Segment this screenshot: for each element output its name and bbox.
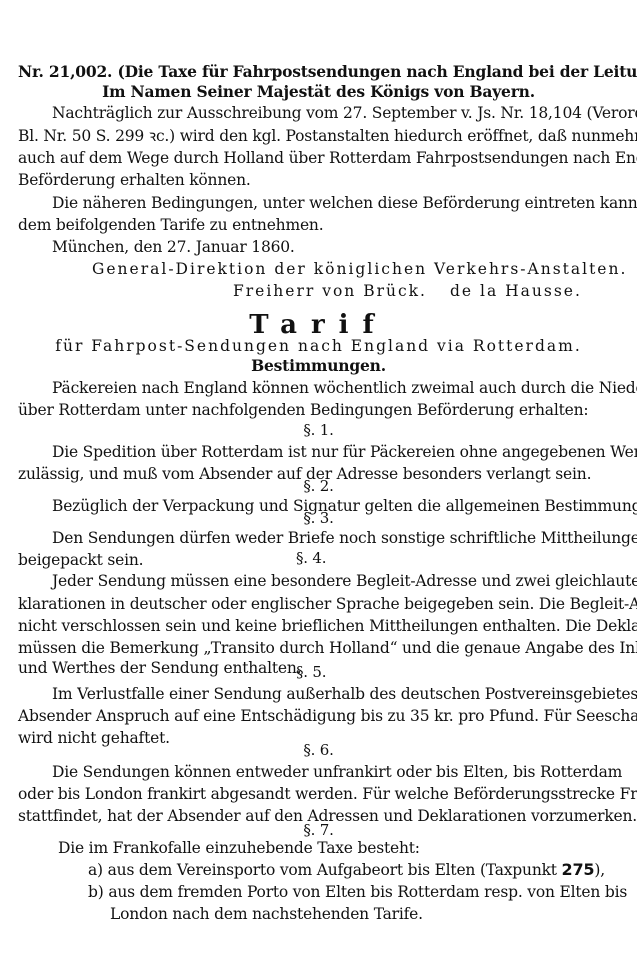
section-line: Die Spedition über Rotterdam ist nur für… [52, 442, 618, 462]
ordinance-header: Nr. 21,002. (Die Taxe für Fahrpostsendun… [18, 62, 618, 82]
section-line: klarationen in deutscher oder englischer… [18, 594, 618, 614]
intro-line: Bl. Nr. 50 S. 299 ꝛc.) wird den kgl. Pos… [18, 126, 618, 146]
section-line: oder bis London frankirt abgesandt werde… [18, 784, 618, 804]
section-line: Den Sendungen dürfen weder Briefe noch s… [52, 528, 618, 548]
section-line: Absender Anspruch auf eine Entschädigung… [18, 706, 618, 726]
document-page: Nr. 21,002. (Die Taxe für Fahrpostsendun… [0, 0, 637, 960]
intro-line: Nachträglich zur Ausschreibung vom 27. S… [52, 103, 618, 123]
list-marker: b) [88, 883, 104, 901]
section-label: §. 5. [296, 662, 326, 682]
preamble-line: Päckereien nach England können wöchentli… [52, 378, 618, 398]
list-text: aus dem Vereinsporto vom Aufgabeort bis … [108, 861, 562, 879]
section-label: §. 3. [0, 508, 637, 528]
preamble-line: über Rotterdam unter nachfolgenden Bedin… [18, 400, 618, 420]
intro-line: dem beifolgenden Tarife zu entnehmen. [18, 215, 618, 235]
section-label: §. 1. [0, 420, 637, 440]
list-item-b-continuation: London nach dem nachstehenden Tarife. [110, 904, 423, 924]
intro-line: Beförderung erhalten können. [18, 170, 618, 190]
list-suffix: ), [594, 861, 605, 879]
list-marker: a) [88, 861, 103, 879]
section-label: §. 2. [0, 476, 637, 496]
signatory-1: Freiherr von Brück. [233, 281, 427, 301]
tax-point-number: 275 [562, 860, 595, 879]
section-line: nicht verschlossen sein und keine briefl… [18, 616, 618, 636]
intro-line: Die näheren Bedingungen, unter welchen d… [52, 193, 618, 213]
signatory-2: de la Hausse. [450, 281, 582, 301]
issuing-authority: General-Direktion der königlichen Verkeh… [92, 259, 627, 279]
section-label: §. 6. [0, 740, 637, 760]
list-item-a: a) aus dem Vereinsporto vom Aufgabeort b… [88, 860, 605, 880]
section-line: Im Verlustfalle einer Sendung außerhalb … [52, 684, 618, 704]
royal-invocation: Im Namen Seiner Majestät des Königs von … [0, 82, 637, 102]
intro-line: auch auf dem Wege durch Holland über Rot… [18, 148, 618, 168]
section-line: müssen die Bemerkung „Transito durch Hol… [18, 638, 618, 658]
tariff-subtitle: für Fahrpost-Sendungen nach England via … [0, 336, 637, 356]
section-line: Die im Frankofalle einzuhebende Taxe bes… [58, 838, 624, 858]
provisions-heading: Bestimmungen. [0, 356, 637, 376]
section-line: Die Sendungen können entweder unfrankirt… [52, 762, 618, 782]
list-text: aus dem fremden Porto von Elten bis Rott… [108, 883, 627, 901]
ordinance-number: Nr. 21,002. [18, 62, 112, 81]
ordinance-subject: (Die Taxe für Fahrpostsendungen nach Eng… [117, 62, 637, 81]
list-item-b: b) aus dem fremden Porto von Elten bis R… [88, 882, 618, 902]
section-line: Jeder Sendung müssen eine besondere Begl… [52, 571, 618, 591]
section-label: §. 4. [296, 548, 326, 568]
section-label: §. 7. [0, 820, 637, 840]
issue-date: München, den 27. Januar 1860. [52, 237, 618, 257]
